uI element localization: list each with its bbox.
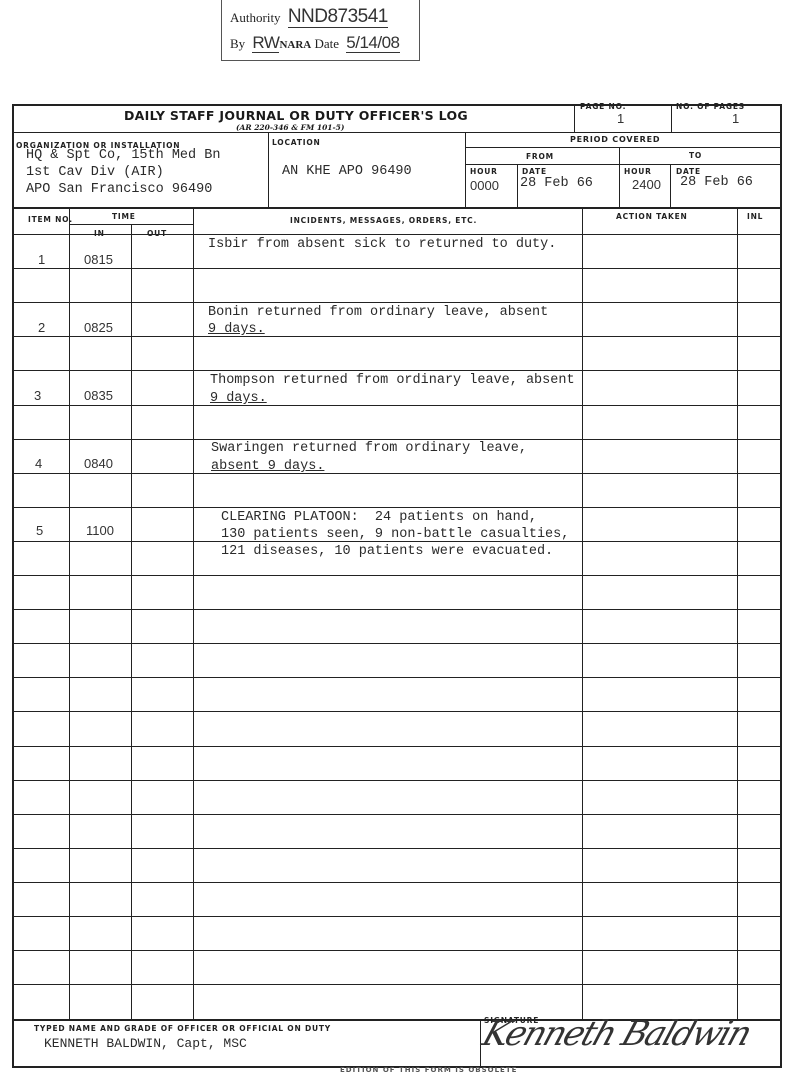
- stamp-date-value: 5/14/08: [346, 33, 399, 53]
- item-number: 2: [38, 320, 45, 335]
- authority-line: Authority NND873541: [230, 6, 388, 28]
- row-divider: [14, 950, 782, 951]
- item-number: 5: [36, 523, 43, 538]
- by-label: By: [230, 36, 245, 51]
- item-no-header: ITEM NO.: [28, 215, 73, 224]
- by-line: By RWNARA Date 5/14/08: [230, 33, 400, 53]
- row-divider: [14, 609, 782, 610]
- to-label: TO: [689, 151, 702, 160]
- to-hour-label: HOUR: [624, 167, 652, 176]
- time-in: 1100: [86, 523, 114, 538]
- row-divider: [14, 473, 782, 474]
- organization-line-1: HQ & Spt Co, 15th Med Bn: [26, 148, 220, 163]
- from-hour-label: HOUR: [470, 167, 498, 176]
- row-divider: [14, 405, 782, 406]
- to-hour-value: 2400: [632, 177, 661, 192]
- action-taken-header: ACTION TAKEN: [616, 212, 688, 221]
- item-number: 1: [38, 252, 45, 267]
- item-number: 3: [34, 388, 41, 403]
- organization-line-2: 1st Cav Div (AIR): [26, 165, 164, 180]
- declassification-stamp: Authority NND873541 By RWNARA Date 5/14/…: [221, 0, 420, 61]
- period-covered-label: PERIOD COVERED: [570, 135, 660, 144]
- row-divider: [14, 575, 782, 576]
- authority-label: Authority: [230, 10, 281, 25]
- signature: Kenneth Baldwin: [478, 1014, 756, 1054]
- row-divider: [14, 370, 782, 371]
- row-divider: [14, 814, 782, 815]
- row-divider: [14, 234, 782, 235]
- row-divider: [14, 268, 782, 269]
- time-header: TIME: [112, 212, 136, 221]
- location-value: AN KHE APO 96490: [282, 164, 412, 179]
- location-label: LOCATION: [272, 138, 321, 147]
- time-in: 0815: [84, 252, 113, 267]
- officer-name: KENNETH BALDWIN, Capt, MSC: [44, 1036, 247, 1051]
- incident-text: Thompson returned from ordinary leave, a…: [210, 373, 575, 388]
- from-label: FROM: [526, 152, 554, 161]
- nara-label: NARA: [279, 39, 311, 51]
- from-hour-value: 0000: [470, 178, 499, 193]
- incident-text: 9 days.: [210, 391, 267, 406]
- by-initials: RW: [252, 33, 279, 53]
- officer-label: TYPED NAME AND GRADE OF OFFICER OR OFFIC…: [34, 1024, 331, 1033]
- incident-text: 121 diseases, 10 patients were evacuated…: [221, 544, 553, 559]
- time-in: 0840: [84, 456, 113, 471]
- time-in: 0825: [84, 320, 113, 335]
- incident-text: 9 days.: [208, 322, 265, 337]
- row-divider: [14, 643, 782, 644]
- item-number: 4: [35, 456, 42, 471]
- from-date-label: DATE: [522, 167, 547, 176]
- row-divider: [14, 984, 782, 985]
- form-subtitle: (AR 220-346 & FM 101-5): [236, 123, 344, 132]
- incident-text: CLEARING PLATOON: 24 patients on hand,: [221, 510, 537, 525]
- row-divider: [14, 336, 782, 337]
- row-divider: [14, 677, 782, 678]
- inl-header: INL: [747, 212, 763, 221]
- row-divider: [14, 882, 782, 883]
- edition-note: EDITION OF THIS FORM IS OBSOLETE: [340, 1066, 517, 1072]
- row-divider: [14, 780, 782, 781]
- staff-journal-form: DAILY STAFF JOURNAL OR DUTY OFFICER'S LO…: [12, 104, 782, 1068]
- time-in: 0835: [84, 388, 113, 403]
- row-divider: [14, 916, 782, 917]
- page-no-label: PAGE NO.: [580, 102, 626, 111]
- row-divider: [14, 302, 782, 303]
- to-date-value: 28 Feb 66: [680, 175, 753, 190]
- authority-value: NND873541: [288, 6, 388, 28]
- incidents-header: INCIDENTS, MESSAGES, ORDERS, ETC.: [290, 216, 477, 225]
- incident-text: absent 9 days.: [211, 459, 324, 474]
- no-of-pages-value: 1: [732, 111, 739, 126]
- row-divider: [14, 746, 782, 747]
- incident-text: Swaringen returned from ordinary leave,: [211, 441, 527, 456]
- incident-text: Isbir from absent sick to returned to du…: [208, 237, 556, 252]
- no-of-pages-label: NO. OF PAGES: [676, 102, 745, 111]
- from-date-value: 28 Feb 66: [520, 176, 593, 191]
- organization-line-3: APO San Francisco 96490: [26, 182, 212, 197]
- page-no-value: 1: [617, 111, 624, 126]
- date-label: Date: [314, 36, 339, 51]
- form-title: DAILY STAFF JOURNAL OR DUTY OFFICER'S LO…: [124, 108, 468, 123]
- row-divider: [14, 507, 782, 508]
- row-divider: [14, 711, 782, 712]
- row-divider: [14, 848, 782, 849]
- incident-text: Bonin returned from ordinary leave, abse…: [208, 305, 548, 320]
- incident-text: 130 patients seen, 9 non-battle casualti…: [221, 527, 569, 542]
- row-divider: [14, 439, 782, 440]
